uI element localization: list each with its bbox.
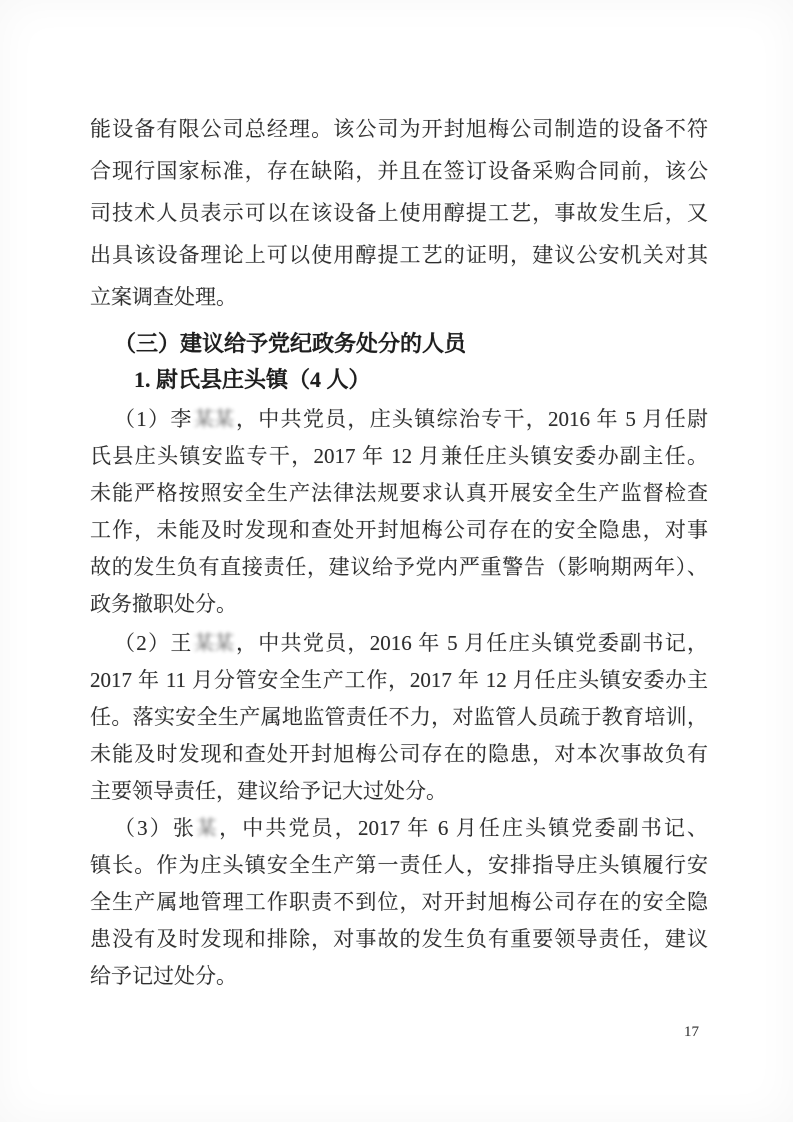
text-line: 镇长。作为庄头镇安全生产第一责任人，安排指导庄头镇履行安 <box>90 847 708 884</box>
text-segment: 合现行国家标准，存在缺陷，并且在签订设备采购合同前，该公 <box>90 159 708 183</box>
section-heading: （三）建议给予党纪政务处分的人员 <box>90 326 708 362</box>
text-line: 2017 年 11 月分管安全生产工作，2017 年 12 月任庄头镇安委办主 <box>90 662 708 699</box>
text-line: 患没有及时发现和排除，对事故的发生负有重要领导责任，建议 <box>90 921 708 958</box>
person-1-paragraph: （1）李某某，中共党员，庄头镇综治专干，2016 年 5 月任尉氏县庄头镇安监专… <box>90 401 708 623</box>
text-line: 任。落实安全生产属地监管责任不力，对监管人员疏于教育培训， <box>90 699 708 736</box>
text-line: 未能严格按照安全生产法律法规要求认真开展安全生产监督检查 <box>90 475 708 512</box>
text-segment: （3）张 <box>114 816 196 840</box>
text-line: 给予记过处分。 <box>90 958 708 995</box>
text-segment: 氏县庄头镇安监专干，2017 年 12 月兼任庄头镇安委办副主任。 <box>90 444 708 468</box>
text-line: 出具该设备理论上可以使用醇提工艺的证明，建议公安机关对其 <box>90 234 708 276</box>
text-segment: （2）王 <box>114 631 193 655</box>
text-line: 未能及时发现和查处开封旭梅公司存在的隐患，对本次事故负有 <box>90 736 708 773</box>
text-segment: 出具该设备理论上可以使用醇提工艺的证明，建议公安机关对其 <box>90 243 708 267</box>
text-line: （3）张某，中共党员，2017 年 6 月任庄头镇党委副书记、 <box>90 810 708 847</box>
text-segment: 主要领导责任，建议给予记大过处分。 <box>90 779 447 803</box>
document-body: 能设备有限公司总经理。该公司为开封旭梅公司制造的设备不符合现行国家标准，存在缺陷… <box>90 108 708 995</box>
person-3-paragraph: （3）张某，中共党员，2017 年 6 月任庄头镇党委副书记、镇长。作为庄头镇安… <box>90 810 708 995</box>
text-segment: 全生产属地管理工作职责不到位，对开封旭梅公司存在的安全隐 <box>90 890 708 914</box>
text-line: 故的发生负有直接责任，建议给予党内严重警告（影响期两年）、 <box>90 549 708 586</box>
text-segment: ，中共党员，2016 年 5 月任庄头镇党委副书记， <box>235 631 708 655</box>
text-line: （2）王某某，中共党员，2016 年 5 月任庄头镇党委副书记， <box>90 625 708 662</box>
text-line: （1）李某某，中共党员，庄头镇综治专干，2016 年 5 月任尉 <box>90 401 708 438</box>
text-segment: ，中共党员，庄头镇综治专干，2016 年 5 月任尉 <box>235 407 708 431</box>
text-line: 政务撤职处分。 <box>90 586 708 623</box>
text-line: 全生产属地管理工作职责不到位，对开封旭梅公司存在的安全隐 <box>90 884 708 921</box>
text-segment: 工作，未能及时发现和查处开封旭梅公司存在的安全隐患，对事 <box>90 518 708 542</box>
text-line: 工作，未能及时发现和查处开封旭梅公司存在的安全隐患，对事 <box>90 512 708 549</box>
text-segment: ，中共党员，2017 年 6 月任庄头镇党委副书记、 <box>217 816 708 840</box>
text-segment: 任。落实安全生产属地监管责任不力，对监管人员疏于教育培训， <box>90 705 708 729</box>
redacted-name: 某某 <box>194 626 234 661</box>
text-line: 能设备有限公司总经理。该公司为开封旭梅公司制造的设备不符 <box>90 108 708 150</box>
text-segment: 能设备有限公司总经理。该公司为开封旭梅公司制造的设备不符 <box>90 117 708 141</box>
text-line: 合现行国家标准，存在缺陷，并且在签订设备采购合同前，该公 <box>90 150 708 192</box>
document-page: 能设备有限公司总经理。该公司为开封旭梅公司制造的设备不符合现行国家标准，存在缺陷… <box>0 0 793 1122</box>
text-segment: 未能严格按照安全生产法律法规要求认真开展安全生产监督检查 <box>90 481 708 505</box>
paragraph-continuation: 能设备有限公司总经理。该公司为开封旭梅公司制造的设备不符合现行国家标准，存在缺陷… <box>90 108 708 318</box>
text-segment: 政务撤职处分。 <box>90 592 237 616</box>
text-line: 主要领导责任，建议给予记大过处分。 <box>90 773 708 810</box>
text-line: 氏县庄头镇安监专干，2017 年 12 月兼任庄头镇安委办副主任。 <box>90 438 708 475</box>
text-segment: 2017 年 11 月分管安全生产工作，2017 年 12 月任庄头镇安委办主 <box>90 668 708 692</box>
text-segment: （1）李 <box>114 407 193 431</box>
text-segment: 给予记过处分。 <box>90 964 237 988</box>
redacted-name: 某 <box>197 811 217 846</box>
text-line: 立案调查处理。 <box>90 276 708 318</box>
text-segment: 立案调查处理。 <box>90 285 237 309</box>
subsection-heading: 1. 尉氏县庄头镇（4 人） <box>90 362 708 398</box>
redacted-name: 某某 <box>194 402 234 437</box>
text-segment: 患没有及时发现和排除，对事故的发生负有重要领导责任，建议 <box>90 927 708 951</box>
text-segment: 未能及时发现和查处开封旭梅公司存在的隐患，对本次事故负有 <box>90 742 708 766</box>
text-line: 司技术人员表示可以在该设备上使用醇提工艺，事故发生后，又 <box>90 192 708 234</box>
person-2-paragraph: （2）王某某，中共党员，2016 年 5 月任庄头镇党委副书记，2017 年 1… <box>90 625 708 810</box>
text-segment: 镇长。作为庄头镇安全生产第一责任人，安排指导庄头镇履行安 <box>90 853 708 877</box>
text-segment: 故的发生负有直接责任，建议给予党内严重警告（影响期两年）、 <box>90 555 708 579</box>
text-segment: 司技术人员表示可以在该设备上使用醇提工艺，事故发生后，又 <box>90 201 708 225</box>
page-number: 17 <box>684 1022 699 1042</box>
